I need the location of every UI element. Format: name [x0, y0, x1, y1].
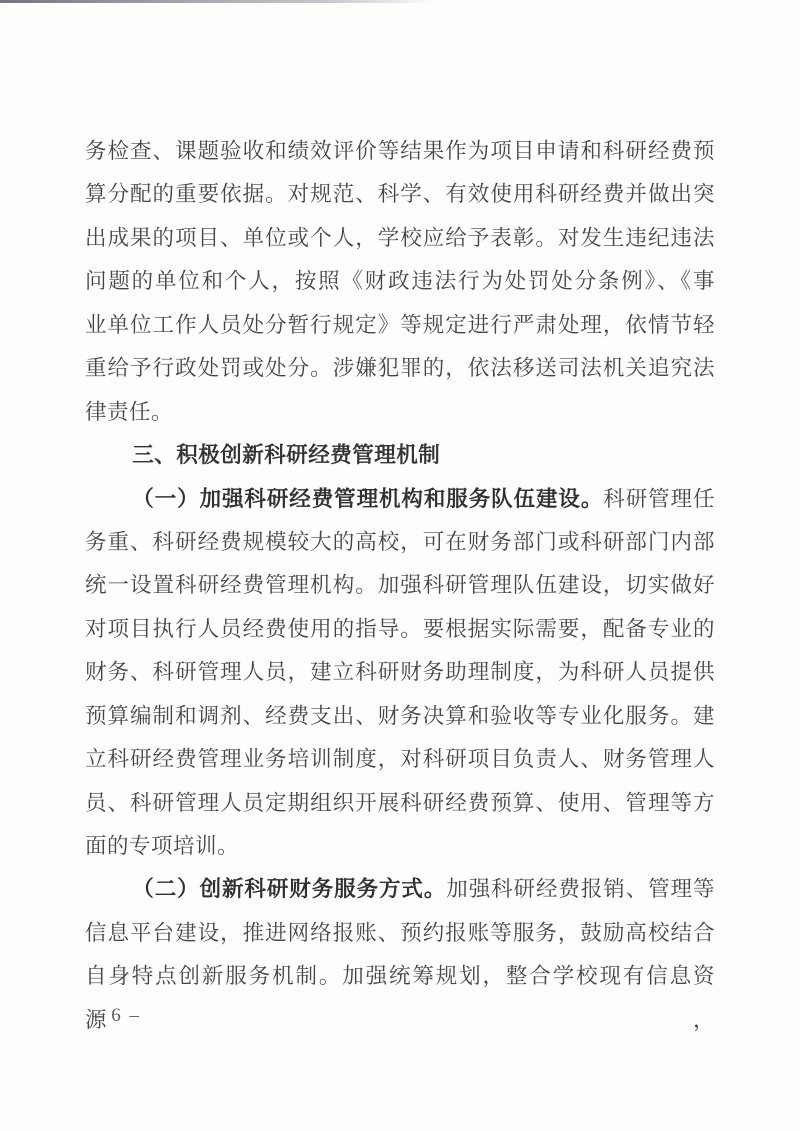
document-page: 务检查、课题验收和绩效评价等结果作为项目申请和科研经费预算分配的重要依据。对规范…: [0, 0, 800, 1131]
paragraph-bold-lead: （二）创新科研财务服务方式。: [132, 877, 446, 901]
line-text: 立科研经费管理业务培训制度，对科研项目负责人、财务管理人: [85, 747, 715, 771]
text-line: 务重、科研经费规模较大的高校，可在财务部门或科研部门内部: [85, 521, 715, 564]
document-body: 务检查、课题验收和绩效评价等结果作为项目申请和科研经费预算分配的重要依据。对规范…: [85, 130, 715, 999]
text-line: 财务、科研管理人员，建立科研财务助理制度，为科研人员提供: [85, 651, 715, 694]
section-heading: 三、积极创新科研经费管理机制: [85, 434, 715, 477]
text-line: 立科研经费管理业务培训制度，对科研项目负责人、财务管理人: [85, 738, 715, 781]
text-line: 预算编制和调剂、经费支出、财务决算和验收等专业化服务。建: [85, 695, 715, 738]
text-line: 统一设置科研经费管理机构。加强科研管理队伍建设，切实做好: [85, 564, 715, 607]
line-text: 算分配的重要依据。对规范、科学、有效使用科研经费并做出突: [85, 182, 715, 206]
text-line: 对项目执行人员经费使用的指导。要根据实际需要，配备专业的: [85, 608, 715, 651]
line-text: 财务、科研管理人员，建立科研财务助理制度，为科研人员提供: [85, 660, 715, 684]
line-text: 业单位工作人员处分暂行规定》等规定进行严肃处理，依情节轻: [85, 313, 715, 337]
line-text: 科研管理任: [603, 487, 715, 511]
line-text: 务检查、课题验收和绩效评价等结果作为项目申请和科研经费预: [85, 139, 715, 163]
line-text: 重给予行政处罚或处分。涉嫌犯罪的，依法移送司法机关追究法: [85, 356, 715, 380]
text-line: 重给予行政处罚或处分。涉嫌犯罪的，依法移送司法机关追究法: [85, 347, 715, 390]
line-text: 问题的单位和个人，按照《财政违法行为处罚处分条例》、《事: [85, 269, 715, 293]
text-line: 业单位工作人员处分暂行规定》等规定进行严肃处理，依情节轻: [85, 304, 715, 347]
text-line: 算分配的重要依据。对规范、科学、有效使用科研经费并做出突: [85, 173, 715, 216]
text-line: 信息平台建设，推进网络报账、预约报账等服务，鼓励高校结合: [85, 912, 715, 955]
line-text: 面的专项培训。: [85, 834, 239, 858]
text-line: 问题的单位和个人，按照《财政违法行为处罚处分条例》、《事: [85, 260, 715, 303]
line-text: 自身特点创新服务机制。加强统筹规划，整合学校现有信息资源，: [85, 964, 715, 1031]
scan-artifact-top: [0, 0, 436, 3]
line-text: 务重、科研经费规模较大的高校，可在财务部门或科研部门内部: [85, 530, 715, 554]
line-text: 对项目执行人员经费使用的指导。要根据实际需要，配备专业的: [85, 617, 715, 641]
text-line: 出成果的项目、单位或个人，学校应给予表彰。对发生违纪违法: [85, 217, 715, 260]
line-text: 预算编制和调剂、经费支出、财务决算和验收等专业化服务。建: [85, 704, 715, 728]
page-number: – 6 –: [93, 1005, 141, 1027]
text-line: （一）加强科研经费管理机构和服务队伍建设。科研管理任: [85, 478, 715, 521]
line-text: 律责任。: [85, 400, 173, 424]
line-text: 出成果的项目、单位或个人，学校应给予表彰。对发生违纪违法: [85, 226, 715, 250]
line-text: 员、科研管理人员定期组织开展科研经费预算、使用、管理等方: [85, 791, 715, 815]
line-text: 三、积极创新科研经费管理机制: [132, 443, 440, 467]
text-line: 律责任。: [85, 391, 715, 434]
line-text: 加强科研经费报销、管理等: [446, 877, 715, 901]
line-text: 信息平台建设，推进网络报账、预约报账等服务，鼓励高校结合: [85, 921, 715, 945]
paragraph-bold-lead: （一）加强科研经费管理机构和服务队伍建设。: [132, 487, 603, 511]
text-line: 自身特点创新服务机制。加强统筹规划，整合学校现有信息资源，: [85, 955, 715, 998]
text-line: （二）创新科研财务服务方式。加强科研经费报销、管理等: [85, 868, 715, 911]
text-line: 面的专项培训。: [85, 825, 715, 868]
text-line: 务检查、课题验收和绩效评价等结果作为项目申请和科研经费预: [85, 130, 715, 173]
text-line: 员、科研管理人员定期组织开展科研经费预算、使用、管理等方: [85, 782, 715, 825]
line-text: 统一设置科研经费管理机构。加强科研管理队伍建设，切实做好: [85, 573, 715, 597]
